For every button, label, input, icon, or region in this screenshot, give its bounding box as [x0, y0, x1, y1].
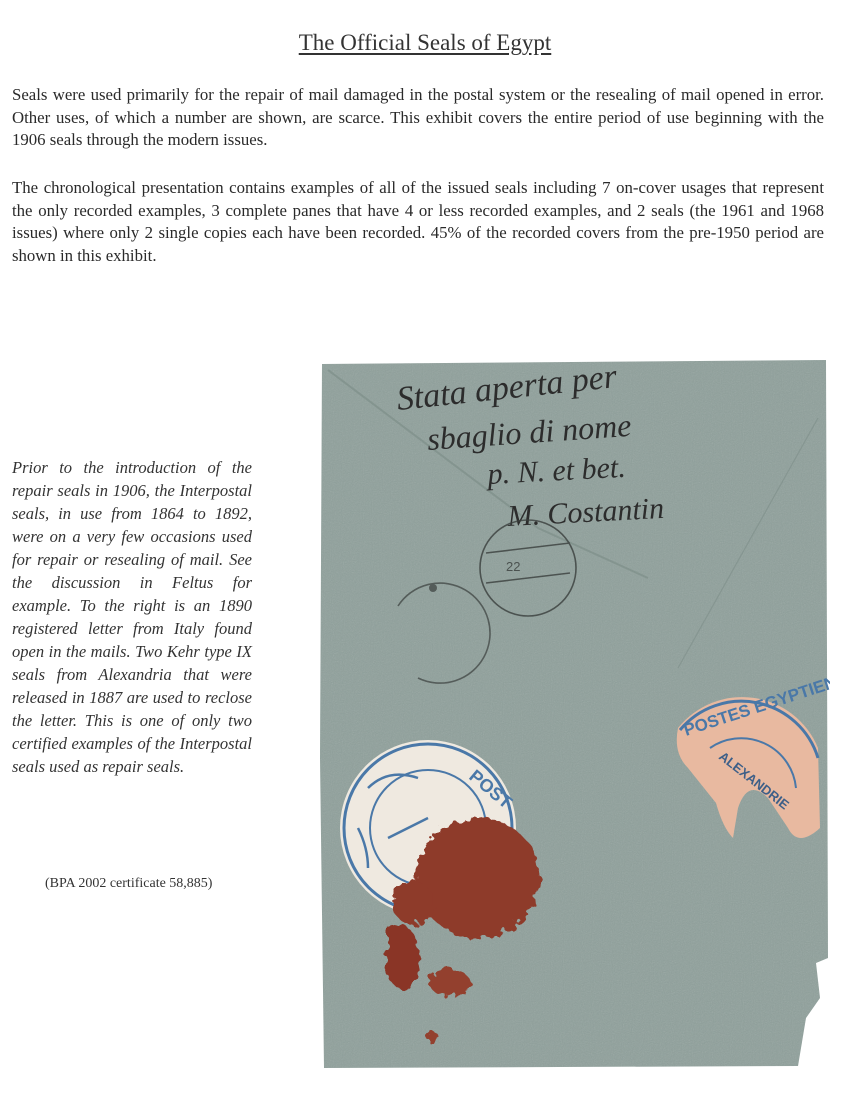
cover-description: Prior to the introduction of the repair … — [12, 456, 252, 778]
intro-paragraph-2: The chronological presentation contains … — [12, 177, 824, 267]
svg-text:22: 22 — [506, 559, 520, 574]
page-title-text: The Official Seals of Egypt — [299, 30, 552, 55]
certificate-note: (BPA 2002 certificate 58,885) — [45, 876, 265, 892]
intro-paragraph-1: Seals were used primarily for the repair… — [12, 84, 824, 152]
cover-image: Stata aperta per sbaglio di nome p. N. e… — [318, 358, 830, 1068]
page-title: The Official Seals of Egypt — [0, 30, 850, 56]
